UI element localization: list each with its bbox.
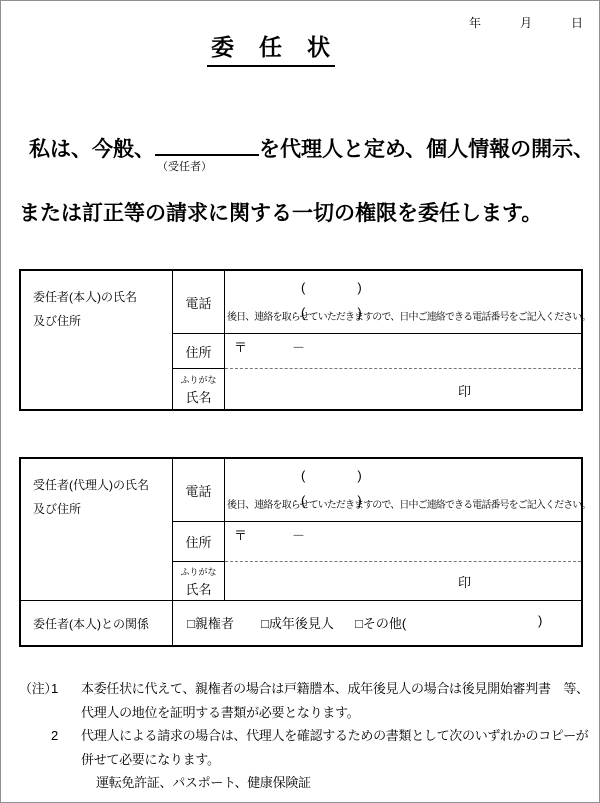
principal-name-field[interactable]: 印 <box>225 368 581 409</box>
agent-label-line2: 及び住所 <box>33 497 172 521</box>
agent-name-field[interactable]: 印 <box>225 561 581 600</box>
agent-label-line1: 受任者(代理人)の氏名 <box>33 473 172 497</box>
agent-phone-note: 後日、連絡を取らせていただきますので、日中ご連絡できる電話番号をご記入ください。 <box>227 493 591 518</box>
agent-name-address-label: 受任者(代理人)の氏名 及び住所 <box>21 459 173 600</box>
title-wrap: 委 任 状 <box>1 29 541 67</box>
relation-label: 委任者(本人)との関係 <box>21 600 173 645</box>
principal-info-table: 委任者(本人)の氏名 及び住所 電話 ( ) ( ) 後日、連絡を取らせていただ… <box>19 269 583 411</box>
principal-phone-field[interactable]: ( ) ( ) 後日、連絡を取らせていただきますので、日中ご連絡できる電話番号を… <box>225 271 581 334</box>
note-2-line-1: 代理人による請求の場合は、代理人を確認するための書類として次のいずれかのコピーが <box>81 724 589 748</box>
agent-furigana-label: ふりがな <box>180 565 216 578</box>
power-of-attorney-document: 年 月 日 委 任 状 私は、今般、を代理人と定め、個人情報の開示、 （受任者）… <box>0 0 600 803</box>
note-1-number: 1 <box>51 677 81 701</box>
agent-phone-line1[interactable]: ( ) <box>301 463 581 488</box>
principal-label-line2: 及び住所 <box>33 309 172 333</box>
principal-seal-mark: 印 <box>458 381 471 400</box>
checkbox-other[interactable]: □その他( <box>355 613 406 632</box>
principal-name-label: ふりがな 氏名 <box>173 368 225 409</box>
note-1-line-2: 代理人の地位を証明する書類が必要となります。 <box>81 701 589 725</box>
checkbox-adult-guardian[interactable]: □成年後見人 <box>261 613 334 632</box>
note-1-line-1: 本委任状に代えて、親権者の場合は戸籍謄本、成年後見人の場合は後見開始審判書 等、 <box>81 677 589 701</box>
recipient-caption: （受任者） <box>157 158 212 174</box>
date-day-label: 日 <box>571 14 583 31</box>
note-2-line-3: 運転免許証、パスポート、健康保険証 <box>81 771 589 795</box>
intro-line-1-prefix: 私は、今般、 <box>29 138 155 161</box>
principal-phone-note: 後日、連絡を取らせていただきますので、日中ご連絡できる電話番号をご記入ください。 <box>227 305 591 330</box>
note-2-line-2: 併せて必要になります。 <box>81 748 589 772</box>
intro-line-1: 私は、今般、を代理人と定め、個人情報の開示、 <box>29 133 594 163</box>
postal-mark: 〒 <box>234 528 247 543</box>
recipient-blank-field[interactable] <box>155 154 259 156</box>
intro-line-2: または訂正等の請求に関する一切の権限を委任します。 <box>19 197 542 227</box>
intro-line-1-suffix: を代理人と定め、個人情報の開示、 <box>259 138 594 161</box>
principal-name-address-label: 委任者(本人)の氏名 及び住所 <box>21 271 173 409</box>
postal-dash: － <box>292 340 305 355</box>
agent-address-field[interactable]: 〒－ <box>225 522 581 561</box>
relation-options: □親権者 □成年後見人 □その他( ) <box>173 600 581 645</box>
principal-address-field[interactable]: 〒－ <box>225 334 581 368</box>
agent-address-label: 住所 <box>173 522 225 561</box>
notes-prefix: （注） <box>19 677 51 701</box>
agent-info-table: 受任者(代理人)の氏名 及び住所 電話 ( ) ( ) 後日、連絡を取らせていた… <box>19 457 583 647</box>
agent-shimei-label: 氏名 <box>185 579 211 598</box>
postal-mark: 〒 <box>234 340 247 355</box>
document-title: 委 任 状 <box>207 29 335 67</box>
notes-section: （注） 1 本委任状に代えて、親権者の場合は戸籍謄本、成年後見人の場合は後見開始… <box>19 677 585 795</box>
other-close-paren: ) <box>538 613 542 628</box>
agent-phone-field[interactable]: ( ) ( ) 後日、連絡を取らせていただきますので、日中ご連絡できる電話番号を… <box>225 459 581 522</box>
principal-shimei-label: 氏名 <box>185 387 211 406</box>
agent-name-label: ふりがな 氏名 <box>173 561 225 600</box>
principal-address-label: 住所 <box>173 334 225 368</box>
agent-seal-mark: 印 <box>458 572 471 591</box>
postal-dash: － <box>292 528 305 543</box>
principal-furigana-label: ふりがな <box>180 373 216 386</box>
principal-label-line1: 委任者(本人)の氏名 <box>33 285 172 309</box>
agent-phone-label: 電話 <box>173 459 225 522</box>
principal-phone-label: 電話 <box>173 271 225 334</box>
principal-phone-line1[interactable]: ( ) <box>301 275 581 300</box>
checkbox-parental-authority[interactable]: □親権者 <box>187 613 234 632</box>
note-2-number: 2 <box>51 724 81 748</box>
